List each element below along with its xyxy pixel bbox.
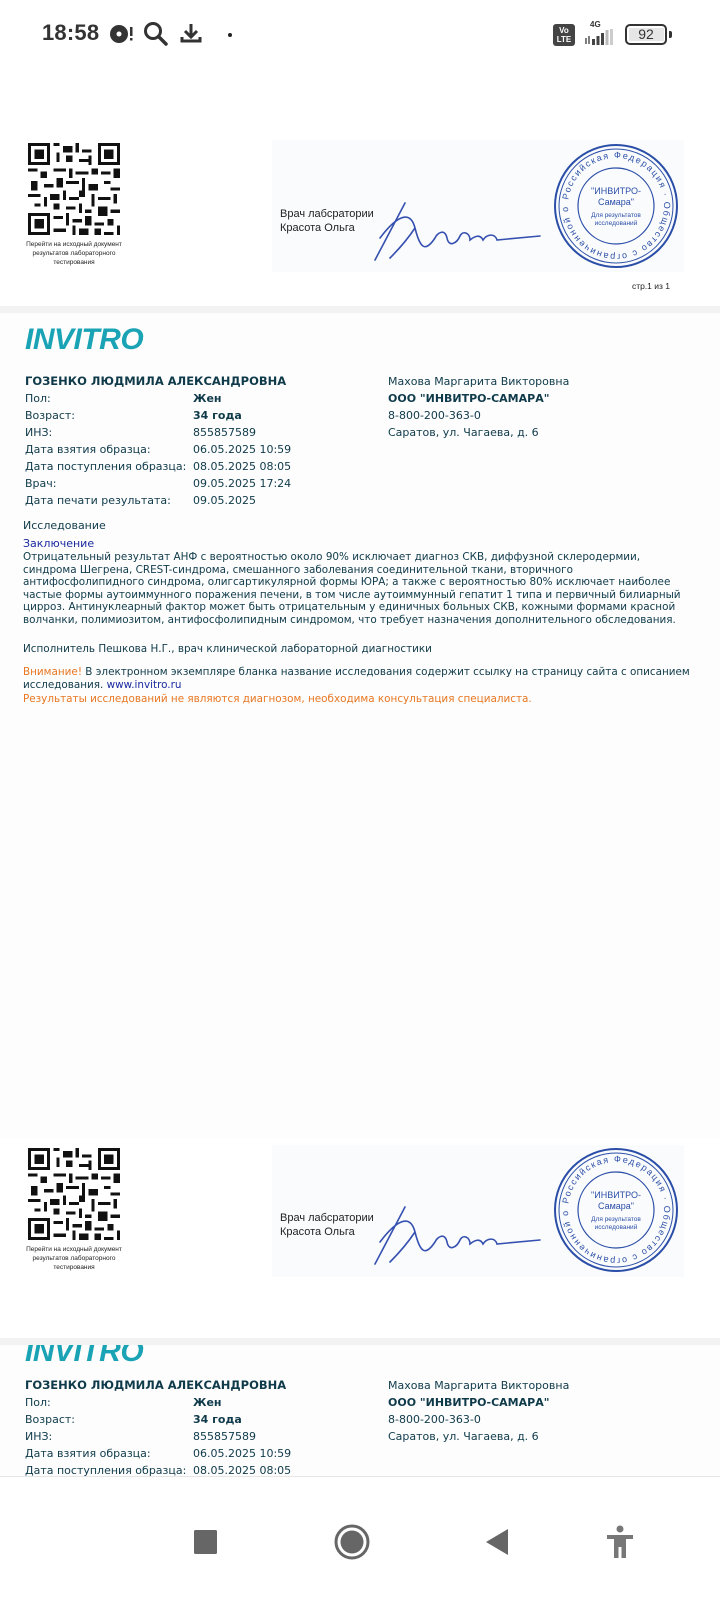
svg-text:"ИНВИТРО-: "ИНВИТРО- xyxy=(591,1190,641,1200)
square-icon xyxy=(193,1529,219,1555)
org-company: ООО "ИНВИТРО-САМАРА" xyxy=(388,1394,569,1411)
patient-name: ГОЗЕНКО ЛЮДМИЛА АЛЕКСАНДРОВНА xyxy=(25,1378,286,1392)
org-address: Саратов, ул. Чагаева, д. 6 xyxy=(388,424,569,441)
stamp-image: Российская Федерация · Общество с ограни… xyxy=(552,1146,680,1274)
notification-disc-icon xyxy=(108,22,134,50)
home-button[interactable] xyxy=(327,1517,377,1567)
org-phone[interactable]: 8-800-200-363-0 xyxy=(388,407,569,424)
back-triangle-icon xyxy=(484,1527,510,1557)
battery-tip xyxy=(669,31,672,38)
signature-image xyxy=(365,1202,545,1272)
accessibility-icon xyxy=(606,1525,634,1559)
section-title: Исследование xyxy=(23,519,106,532)
qr-code[interactable] xyxy=(28,143,120,235)
invitro-logo: INVITRO xyxy=(25,1345,143,1369)
lab-doctor-label: Врач лабсратории Красота Ольга xyxy=(280,207,374,235)
disclaimer: Результаты исследований не являются диаг… xyxy=(23,693,532,705)
accessibility-button[interactable] xyxy=(595,1517,645,1567)
circle-icon xyxy=(333,1523,371,1561)
svg-text:исследований: исследований xyxy=(595,219,638,227)
org-info: Махова Маргарита Викторовна ООО "ИНВИТРО… xyxy=(388,373,569,441)
page-number: стр.1 из 1 xyxy=(632,281,670,291)
search-icon xyxy=(143,21,169,51)
battery-percent: 92 xyxy=(627,26,665,42)
result-page: INVITRO ГОЗЕНКО ЛЮДМИЛА АЛЕКСАНДРОВНА По… xyxy=(0,313,720,1138)
invitro-link[interactable]: www.invitro.ru xyxy=(107,679,182,691)
org-info: Махова Маргарита Викторовна ООО "ИНВИТРО… xyxy=(388,1377,569,1445)
page-separator xyxy=(0,1338,720,1345)
patient-name: ГОЗЕНКО ЛЮДМИЛА АЛЕКСАНДРОВНА xyxy=(25,374,286,388)
svg-text:"ИНВИТРО-: "ИНВИТРО- xyxy=(591,186,641,196)
result-page-2: INVITRO ГОЗЕНКО ЛЮДМИЛА АЛЕКСАНДРОВНА По… xyxy=(0,1345,720,1476)
network-type: 4G xyxy=(590,20,601,29)
org-doctor: Махова Маргарита Викторовна xyxy=(388,373,569,390)
battery-indicator: 92 xyxy=(625,24,667,45)
qr-caption: Перейти на исходный документ результатов… xyxy=(18,1245,130,1272)
signature-image xyxy=(365,198,545,268)
performer: Исполнитель Пешкова Н.Г., врач клиническ… xyxy=(23,643,432,655)
svg-text:Для результатов: Для результатов xyxy=(591,1216,641,1223)
svg-text:исследований: исследований xyxy=(595,1223,638,1231)
org-doctor: Махова Маргарита Викторовна xyxy=(388,1377,569,1394)
notice-warning: Внимание! xyxy=(23,666,82,678)
svg-text:Самара": Самара" xyxy=(598,1201,634,1211)
navigation-bar xyxy=(0,1476,720,1600)
back-button[interactable] xyxy=(472,1517,522,1567)
dot-icon xyxy=(228,33,232,37)
conclusion-text: Отрицательный результат АНФ с вероятност… xyxy=(23,551,703,627)
signal-icon xyxy=(584,29,614,49)
download-icon xyxy=(180,22,202,50)
conclusion-title[interactable]: Заключение xyxy=(23,537,94,550)
qr-code[interactable] xyxy=(28,1148,120,1240)
qr-caption: Перейти на исходный документ результатов… xyxy=(18,240,130,267)
org-company: ООО "ИНВИТРО-САМАРА" xyxy=(388,390,569,407)
status-bar: 18:58 VoLTE 4G 92 xyxy=(0,0,720,70)
org-phone[interactable]: 8-800-200-363-0 xyxy=(388,1411,569,1428)
clock: 18:58 xyxy=(42,20,99,46)
page-separator xyxy=(0,306,720,313)
svg-text:Для результатов: Для результатов xyxy=(591,212,641,219)
recents-button[interactable] xyxy=(181,1517,231,1567)
invitro-logo: INVITRO xyxy=(25,323,143,357)
lab-doctor-label: Врач лабсратории Красота Ольга xyxy=(280,1211,374,1239)
org-address: Саратов, ул. Чагаева, д. 6 xyxy=(388,1428,569,1445)
volte-icon: VoLTE xyxy=(553,24,575,46)
notice: Внимание! В электронном экземпляре бланк… xyxy=(23,666,713,692)
svg-text:Самара": Самара" xyxy=(598,197,634,207)
stamp-image: Российская Федерация · Общество с ограни… xyxy=(552,142,680,270)
